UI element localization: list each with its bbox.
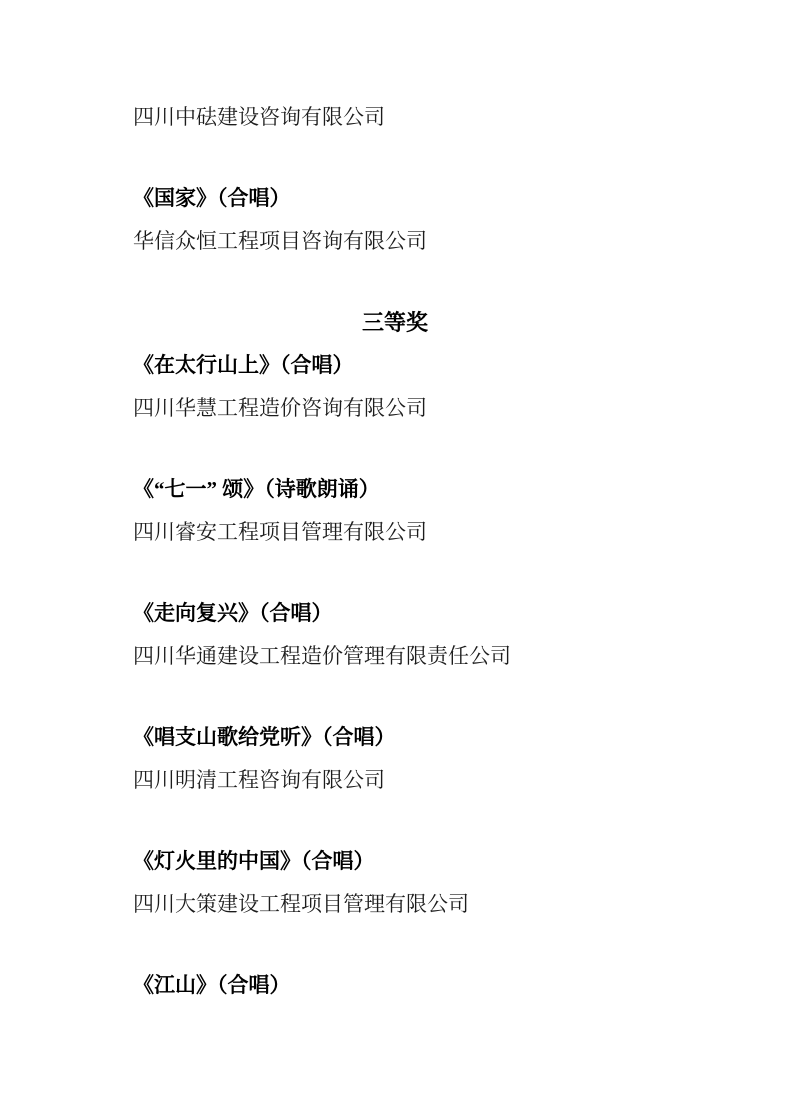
- company-name: 四川明清工程咨询有限公司: [133, 759, 657, 802]
- company-name: 四川大策建设工程项目管理有限公司: [133, 883, 657, 926]
- song-title: 《江山》（合唱）: [133, 964, 657, 1007]
- company-name: 四川华慧工程造价咨询有限公司: [133, 387, 657, 430]
- award-entry: 《江山》（合唱）: [133, 964, 657, 1007]
- paragraph-gap: [133, 139, 657, 177]
- song-title: 《在太行山上》（合唱）: [133, 344, 657, 387]
- paragraph-gap: [133, 263, 657, 301]
- company-name: 四川中砝建设咨询有限公司: [133, 96, 657, 139]
- award-entry: 《“七一” 颂》（诗歌朗诵） 四川睿安工程项目管理有限公司: [133, 468, 657, 554]
- song-title: 《灯火里的中国》（合唱）: [133, 840, 657, 883]
- paragraph-gap: [133, 554, 657, 592]
- award-entry: 《走向复兴》（合唱） 四川华通建设工程造价管理有限责任公司: [133, 592, 657, 678]
- song-title: 《“七一” 颂》（诗歌朗诵）: [133, 468, 657, 511]
- song-title: 《国家》（合唱）: [133, 177, 657, 220]
- document-page: 四川中砝建设咨询有限公司 《国家》（合唱） 华信众恒工程项目咨询有限公司 三等奖…: [0, 0, 790, 1117]
- company-name: 华信众恒工程项目咨询有限公司: [133, 220, 657, 263]
- company-name: 四川睿安工程项目管理有限公司: [133, 511, 657, 554]
- paragraph-gap: [133, 802, 657, 840]
- song-title: 《走向复兴》（合唱）: [133, 592, 657, 635]
- section-heading-third-prize: 三等奖: [133, 301, 657, 344]
- award-entry: 《灯火里的中国》（合唱） 四川大策建设工程项目管理有限公司: [133, 840, 657, 926]
- paragraph-gap: [133, 926, 657, 964]
- award-entry: 《国家》（合唱） 华信众恒工程项目咨询有限公司: [133, 177, 657, 263]
- award-entry: 《唱支山歌给党听》（合唱） 四川明清工程咨询有限公司: [133, 716, 657, 802]
- award-entry: 《在太行山上》（合唱） 四川华慧工程造价咨询有限公司: [133, 344, 657, 430]
- paragraph-gap: [133, 430, 657, 468]
- song-title: 《唱支山歌给党听》（合唱）: [133, 716, 657, 759]
- company-name: 四川华通建设工程造价管理有限责任公司: [133, 635, 657, 678]
- paragraph-gap: [133, 678, 657, 716]
